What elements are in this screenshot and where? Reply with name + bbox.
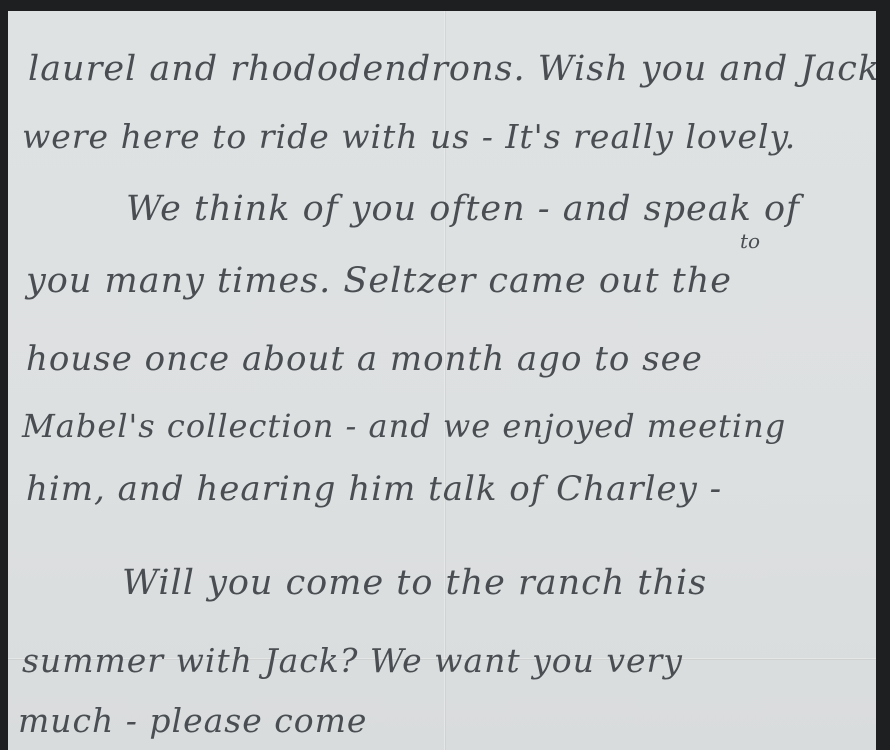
letter-line-2: were here to ride with us - It's really … — [22, 117, 796, 156]
letter-line-6: Mabel's collection - and we enjoyed meet… — [22, 407, 786, 445]
letter-line-3: We think of you often - and speak of — [126, 189, 800, 229]
letter-line-7: him, and hearing him talk of Charley - — [26, 469, 722, 509]
letter-line-8: Will you come to the ranch this — [122, 563, 707, 603]
letter-line-1: laurel and rhododendrons. Wish you and J… — [28, 49, 876, 89]
letter-line-9: summer with Jack? We want you very — [22, 641, 683, 680]
letter-line-5: house once about a month ago to see — [26, 339, 703, 379]
letter-line-10: much - please come — [18, 701, 367, 740]
letter-page: laurel and rhododendrons. Wish you and J… — [8, 11, 876, 750]
inserted-word: to — [740, 229, 760, 253]
letter-line-4: you many times. Seltzer came out the — [26, 261, 732, 301]
